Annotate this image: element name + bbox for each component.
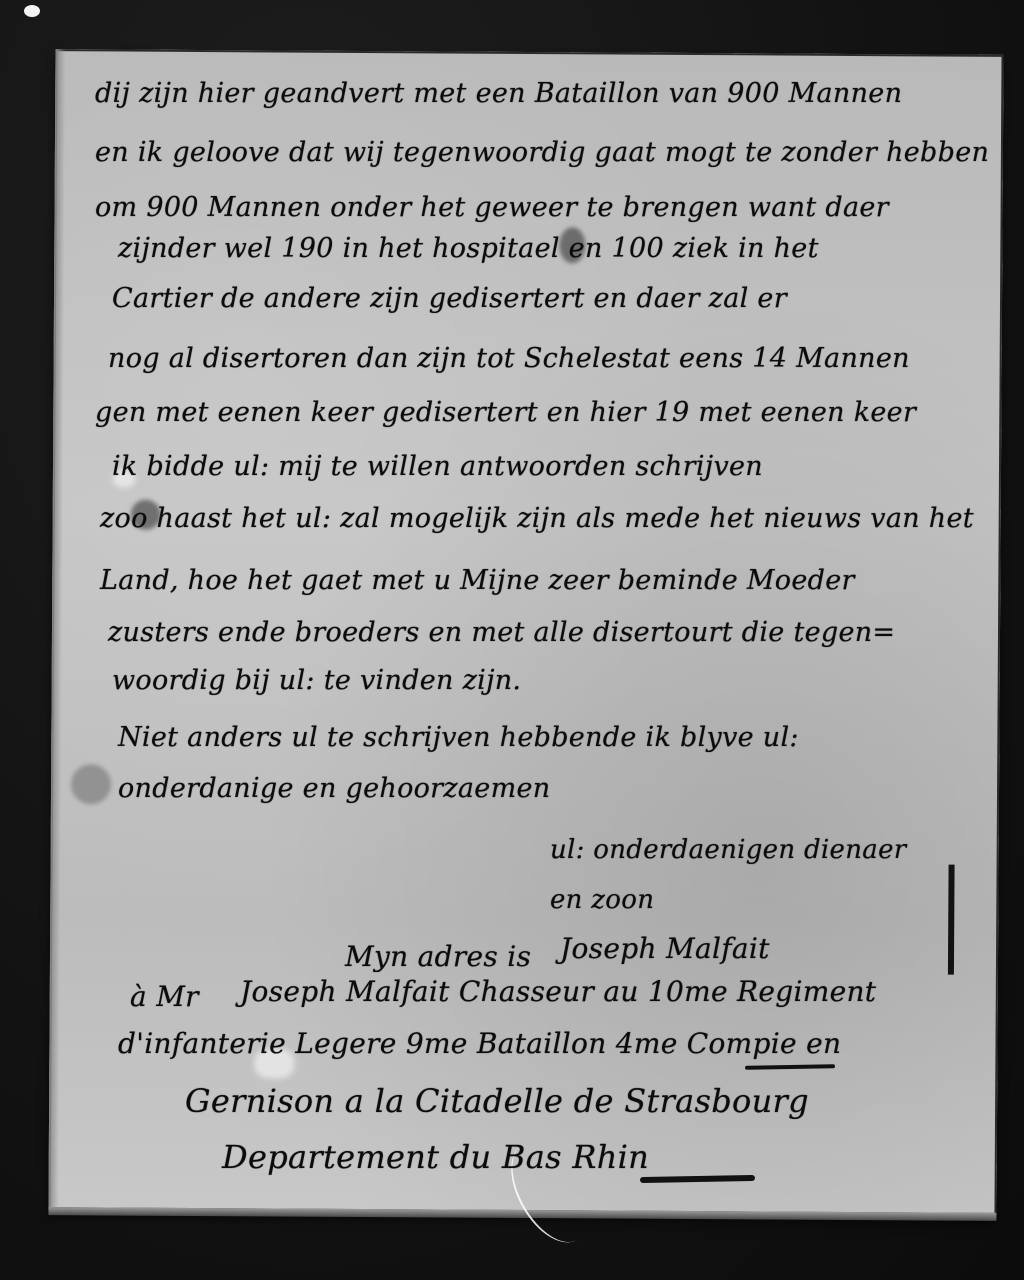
letter-line: zoo haast het ul: zal mogelijk zijn als … bbox=[100, 503, 974, 534]
margin-ink-stroke bbox=[948, 865, 955, 975]
letter-line: en ik geloove dat wij tegenwoordig gaat … bbox=[95, 137, 989, 168]
letter-line: Cartier de andere zijn gedisertert en da… bbox=[112, 283, 787, 314]
address-prefix: à Mr bbox=[130, 980, 199, 1013]
address-line-3: Gernison a la Citadelle de Strasbourg bbox=[185, 1082, 809, 1120]
letter-line: onderdanige en gehoorzaemen bbox=[118, 773, 550, 804]
letter-line: zijnder wel 190 in het hospitael en 100 … bbox=[118, 233, 819, 264]
address-line-4: Departement du Bas Rhin bbox=[222, 1138, 649, 1176]
address-intro: Myn adres is bbox=[345, 940, 531, 973]
letter-line: Land, hoe het gaet met u Mijne zeer bemi… bbox=[100, 565, 855, 596]
letter-line: Niet anders ul te schrijven hebbende ik … bbox=[118, 722, 799, 753]
letter-line: dij zijn hier geandvert met een Bataillo… bbox=[95, 78, 902, 109]
letter-line: ik bidde ul: mij te willen antwoorden sc… bbox=[112, 451, 763, 482]
sender-name: Joseph Malfait bbox=[560, 932, 770, 965]
letter-line: zusters ende broeders en met alle disert… bbox=[108, 617, 895, 648]
film-dust-speck bbox=[24, 5, 40, 17]
letter-line: nog al disertoren dan zijn tot Schelesta… bbox=[108, 343, 910, 374]
closing-salutation: ul: onderdaenigen dienaer bbox=[550, 835, 906, 865]
closing-relation: en zoon bbox=[550, 885, 654, 915]
letter-line: gen met eenen keer gedisertert en hier 1… bbox=[95, 397, 916, 428]
smudge bbox=[71, 764, 111, 804]
address-line-2: d'infanterie Legere 9me Bataillon 4me Co… bbox=[118, 1027, 841, 1060]
address-line-1: Joseph Malfait Chasseur au 10me Regiment bbox=[240, 975, 876, 1008]
letter-line: om 900 Mannen onder het geweer te brenge… bbox=[95, 192, 889, 223]
letter-line: woordig bij ul: te vinden zijn. bbox=[112, 665, 521, 696]
